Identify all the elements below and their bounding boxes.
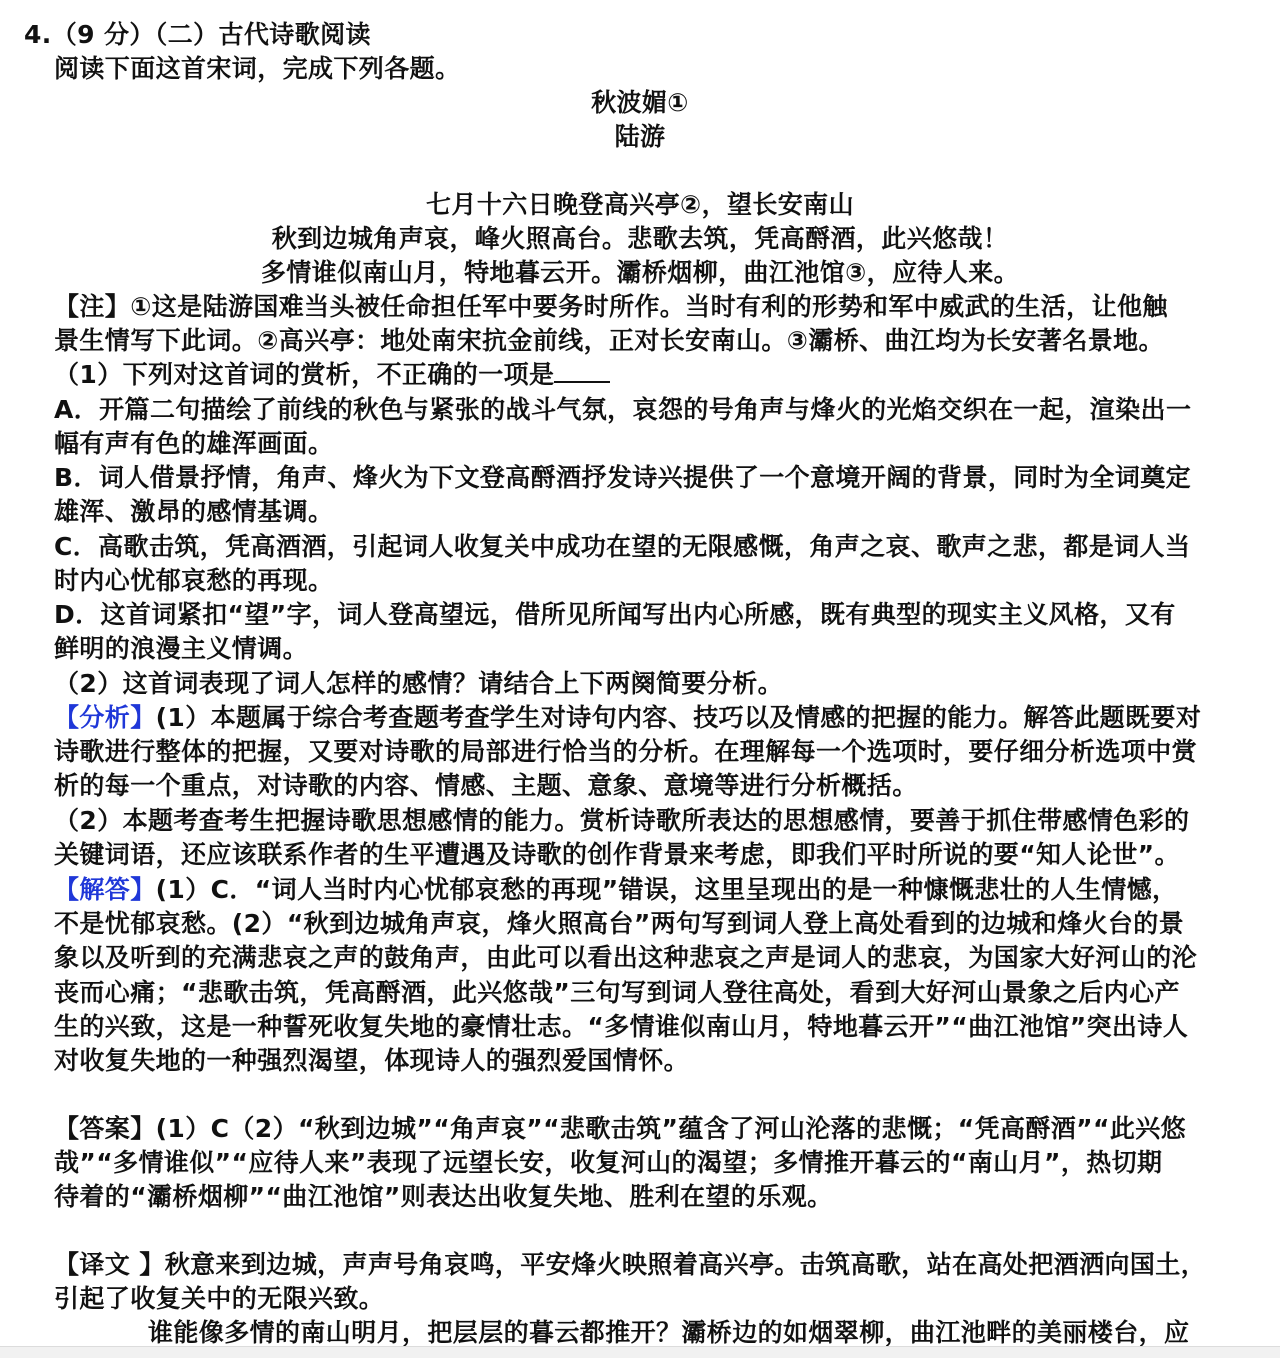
solution-line: 不是忧郁哀愁。(2）“秋到边城角声哀，烽火照高台”两句写到词人登上高处看到的边城…: [54, 907, 1184, 941]
solution-label: 【解答】: [54, 875, 156, 904]
answer-line: 待着的“灞桥烟柳”“曲江池馆”则表达出收复失地、胜利在望的乐观。: [54, 1180, 833, 1214]
poem-author: 陆游: [0, 120, 1280, 154]
solution-line: 对收复失地的一种强烈渴望，体现诗人的强烈爱国情怀。: [54, 1044, 689, 1078]
exam-page: 4.（9 分）（二）古代诗歌阅读 阅读下面这首宋词，完成下列各题。 秋波媚① 陆…: [0, 0, 1280, 1358]
solution-line: 【解答】(1）C．“词人当时内心忧郁哀愁的再现”错误，这里呈现出的是一种慷慨悲壮…: [54, 873, 1177, 907]
translation-line: 谁能像多情的南山明月，把层层的暮云都推开？灞桥边的如烟翠柳，曲江池畔的美丽楼台，…: [148, 1316, 1189, 1350]
poem-title: 秋波媚①: [0, 86, 1280, 120]
solution-line: 丧而心痛；“悲歌击筑，凭高酹酒，此兴悠哉”三句写到词人登往高处，看到大好河山景象…: [54, 976, 1180, 1010]
poem-subtitle: 七月十六日晚登高兴亭②，望长安南山: [0, 188, 1280, 222]
option-a-line1: A．开篇二句描绘了前线的秋色与紧张的战斗气氛，哀怨的号角声与烽火的光焰交织在一起…: [54, 393, 1191, 427]
analysis-line: 【分析】(1）本题属于综合考查题考查学生对诗句内容、技巧以及情感的把握的能力。解…: [54, 701, 1201, 735]
option-b-line2: 雄浑、激昂的感情基调。: [54, 495, 333, 529]
solution-line: 象以及听到的充满悲哀之声的鼓角声，由此可以看出这种悲哀之声是词人的悲哀，为国家大…: [54, 941, 1197, 975]
solution-text: (1）C．“词人当时内心忧郁哀愁的再现”错误，这里呈现出的是一种慷慨悲壮的人生情…: [156, 875, 1178, 904]
answer-blank: [554, 359, 610, 383]
question2-stem: （2）这首词表现了词人怎样的感情？请结合上下两阕简要分析。: [54, 667, 783, 701]
answer-line: 哉”“多情谁似”“应待人来”表现了远望长安，收复河山的渴望；多情推开暮云的“南山…: [54, 1146, 1162, 1180]
option-a-line2: 幅有声有色的雄浑画面。: [54, 427, 333, 461]
bottom-edge-strip: [0, 1346, 1280, 1358]
analysis-line: （2）本题考查考生把握诗歌思想感情的能力。赏析诗歌所表达的思想感情，要善于抓住带…: [54, 804, 1189, 838]
answer-line: 【答案】(1）C（2）“秋到边城”“角声哀”“悲歌击筑”蕴含了河山沦落的悲慨；“…: [54, 1112, 1186, 1146]
question1-stem: （1）下列对这首词的赏析，不正确的一项是: [54, 358, 610, 392]
poem-line: 多情谁似南山月，特地暮云开。灞桥烟柳，曲江池馆③，应待人来。: [0, 256, 1280, 290]
analysis-line: 析的每一个重点，对诗歌的内容、情感、主题、意象、意境等进行分析概括。: [54, 769, 918, 803]
notes-line: 【注】①这是陆游国难当头被任命担任军中要务时所作。当时有利的形势和军中威武的生活…: [54, 290, 1168, 324]
question1-stem-text: （1）下列对这首词的赏析，不正确的一项是: [54, 360, 554, 389]
translation-line: 引起了收复关中的无限兴致。: [54, 1282, 384, 1316]
instruction-text: 阅读下面这首宋词，完成下列各题。: [54, 52, 460, 86]
poem-line: 秋到边城角声哀，峰火照高台。悲歌去筑，凭高酹酒，此兴悠哉！: [0, 222, 1280, 256]
option-c-line1: C．高歌击筑，凭高酒酒，引起词人收复关中成功在望的无限感慨，角声之哀、歌声之悲，…: [54, 530, 1190, 564]
option-c-line2: 时内心忧郁哀愁的再现。: [54, 564, 333, 598]
translation-line: 【译文 】秋意来到边城，声声号角哀鸣，平安烽火映照着高兴亭。击筑高歌，站在高处把…: [54, 1248, 1206, 1282]
solution-line: 生的兴致，这是一种誓死收复失地的豪情壮志。“多情谁似南山月，特地暮云开”“曲江池…: [54, 1010, 1188, 1044]
analysis-line: 诗歌进行整体的把握，又要对诗歌的局部进行恰当的分析。在理解每一个选项时，要仔细分…: [54, 735, 1197, 769]
question-number: 4.（9 分）（二）古代诗歌阅读: [24, 18, 371, 52]
option-d-line1: D．这首词紧扣“望”字，词人登高望远，借所见所闻写出内心所感，既有典型的现实主义…: [54, 598, 1176, 632]
option-b-line1: B．词人借景抒情，角声、烽火为下文登高酹酒抒发诗兴提供了一个意境开阔的背景，同时…: [54, 461, 1191, 495]
analysis-text: (1）本题属于综合考查题考查学生对诗句内容、技巧以及情感的把握的能力。解答此题既…: [156, 703, 1202, 732]
notes-line: 景生情写下此词。②高兴亭：地处南宋抗金前线，正对长安南山。③灞桥、曲江均为长安著…: [54, 324, 1164, 358]
analysis-line: 关键词语，还应该联系作者的生平遭遇及诗歌的创作背景来考虑，即我们平时所说的要“知…: [54, 838, 1180, 872]
option-d-line2: 鲜明的浪漫主义情调。: [54, 632, 308, 666]
analysis-label: 【分析】: [54, 703, 156, 732]
